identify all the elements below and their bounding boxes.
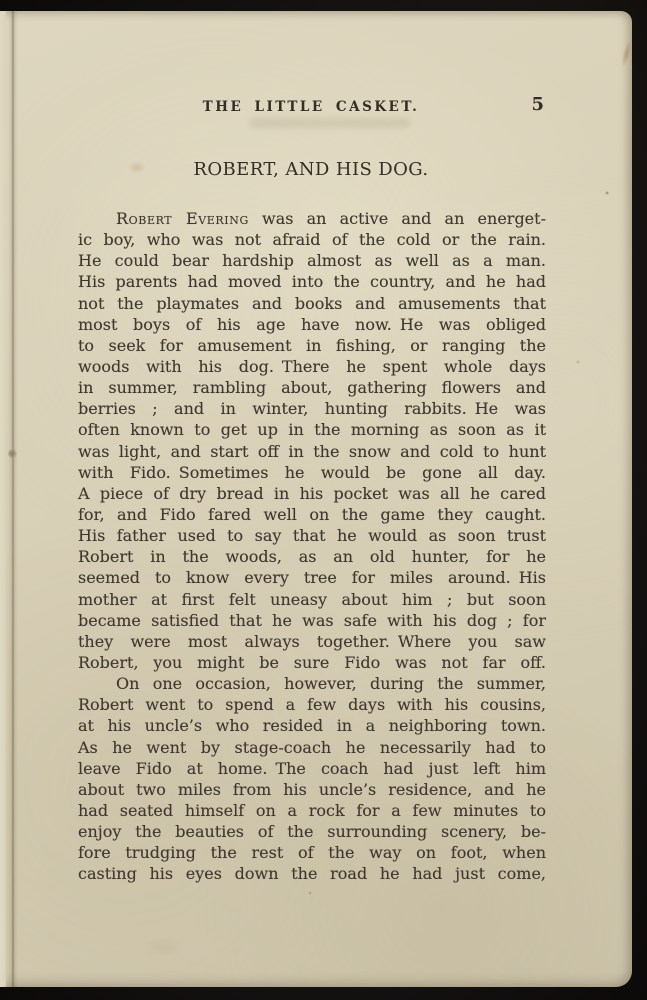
foxing-spot (620, 41, 633, 68)
foxing-spot (605, 191, 609, 195)
character-name-smallcaps: Robert Evering (116, 209, 249, 228)
text-line: enjoy the beauties of the surrounding sc… (78, 821, 546, 842)
paragraph: On one occasion, however, during the sum… (78, 673, 546, 884)
text-line: mother at first felt uneasy about him ; … (78, 589, 546, 610)
page-header: THE LITTLE CASKET. 5 (78, 97, 544, 117)
text-line: to seek for amusement in fishing, or ran… (78, 335, 546, 356)
binding-crease (8, 11, 18, 987)
text-line: they were most always together. Where yo… (78, 631, 546, 652)
running-title: THE LITTLE CASKET. (78, 99, 544, 115)
text-line: Robert went to spend a few days with his… (78, 694, 546, 715)
sewing-hole (8, 449, 17, 459)
text-line: about two miles from his uncle’s residen… (78, 779, 546, 800)
text-line: in summer, rambling about, gathering flo… (78, 377, 546, 398)
text-line: was light, and start off in the snow and… (78, 441, 546, 462)
text-line: had seated himself on a rock for a few m… (78, 800, 546, 821)
text-line: casting his eyes down the road he had ju… (78, 863, 546, 884)
text-line: Robert, you might be sure Fido was not f… (78, 652, 546, 673)
text-line: His father used to say that he would as … (78, 525, 546, 546)
text-line: seemed to know every tree for miles arou… (78, 567, 546, 588)
text-line: often known to get up in the morning as … (78, 419, 546, 440)
book-page: THE LITTLE CASKET. 5 ROBERT, AND HIS DOG… (0, 11, 632, 987)
foxing-spot (140, 936, 186, 958)
foxing-spot (576, 360, 580, 364)
text-line: On one occasion, however, during the sum… (78, 673, 546, 694)
text-line: A piece of dry bread in his pocket was a… (78, 483, 546, 504)
text-line: berries ; and in winter, hunting rabbits… (78, 398, 546, 419)
text-line: for, and Fido fared well on the game the… (78, 504, 546, 525)
text-line: woods with his dog. There he spent whole… (78, 356, 546, 377)
text-line: Robert in the woods, as an old hunter, f… (78, 546, 546, 567)
text-line: He could bear hardship almost as well as… (78, 250, 546, 271)
text-line: fore trudging the rest of the way on foo… (78, 842, 546, 863)
text-line: most boys of his age have now. He was ob… (78, 314, 546, 335)
ink-showthrough (250, 118, 410, 128)
text-line: leave Fido at home. The coach had just l… (78, 758, 546, 779)
page-number: 5 (531, 94, 544, 115)
foxing-spot (308, 891, 312, 895)
text-line: at his uncle’s who resided in a neighbor… (78, 715, 546, 736)
text-line: became satisfied that he was safe with h… (78, 610, 546, 631)
story-title: ROBERT, AND HIS DOG. (78, 159, 544, 180)
text-line: ic boy, who was not afraid of the cold o… (78, 229, 546, 250)
paragraph: Robert Evering was an active and an ener… (78, 208, 546, 673)
text-line: Robert Evering was an active and an ener… (78, 208, 546, 229)
text-line: As he went by stage-coach he necessarily… (78, 737, 546, 758)
text-line: not the playmates and books and amusemen… (78, 293, 546, 314)
text-line: with Fido. Sometimes he would be gone al… (78, 462, 546, 483)
page-left-edge (0, 11, 7, 987)
scan-canvas: THE LITTLE CASKET. 5 ROBERT, AND HIS DOG… (0, 0, 647, 1000)
body-text: Robert Evering was an active and an ener… (78, 208, 546, 885)
text-line: His parents had moved into the country, … (78, 271, 546, 292)
